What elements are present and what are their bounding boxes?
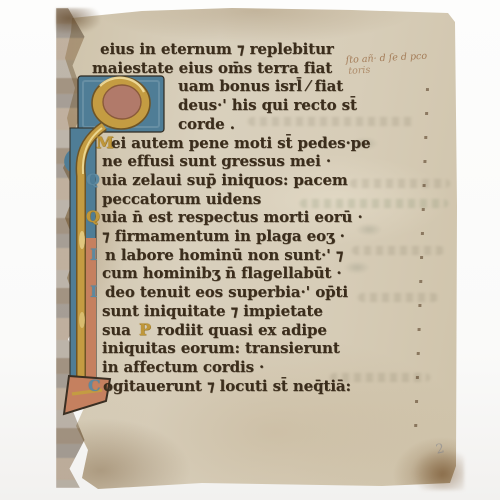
line-text: uia zelaui sup̄ iniquos: pacem [101,171,348,189]
text-line: ⁊ firmamentum in plaga eoʒ · [86,227,416,246]
text-line: In labore hominū non sunt·' ⁊ [86,246,416,265]
line-text: uam bonus isrl̄ ⁄ fiat [178,77,343,95]
line-text: cum hominibʒ n̄ flagellabūt · [102,264,342,282]
versal-initial: M [96,134,111,153]
text-block: eius in eternum ⁊ replebiturmaiestate ei… [86,40,416,395]
line-text: ei autem pene moti st̄ pedes·pe [111,134,370,152]
line-text: corde . [178,115,235,133]
line-text: eius in eternum ⁊ replebitur [100,40,334,58]
line-text: ogitauerunt ⁊ locuti st̄ neq̄tiā: [103,377,351,395]
versal-initial: Q [86,171,101,190]
text-line: cum hominibʒ n̄ flagellabūt · [86,264,416,283]
text-line: in affectum cordis · [86,358,416,377]
text-line: sunt iniquitate ⁊ impietate [86,302,416,321]
text-line: deus·' his qui recto st̄ [86,96,416,115]
text-line: uam bonus isrl̄ ⁄ fiat [86,77,416,96]
line-text: ne effusi sunt gressus mei · [102,152,331,170]
line-text: deo tenuit eos superbia·' op̄ti [105,283,348,301]
versal-initial: I [90,283,105,302]
line-text: iniquitas eorum: transierunt [102,339,340,357]
text-line: Quia zelaui sup̄ iniquos: pacem [86,171,416,190]
versal-initial: Q [86,208,101,227]
gold-glint [79,312,85,328]
manuscript-photo: eius in eternum ⁊ replebiturmaiestate ei… [0,0,500,500]
line-text: sunt iniquitate ⁊ impietate [102,302,323,320]
text-line: corde . [86,115,416,134]
text-line: Quia n̄ est respectus morti eorū · [86,208,416,227]
line-text: n labore hominū non sunt·' ⁊ [105,246,343,264]
versal-initial: I [90,246,105,265]
text-line: ne effusi sunt gressus mei · [86,152,416,171]
line-text: deus·' his qui recto st̄ [178,96,357,114]
text-line: sua Prodiit quasi ex adipe [86,321,416,340]
line-text: ⁊ firmamentum in plaga eoʒ · [102,227,345,245]
text-line: Cogitauerunt ⁊ locuti st̄ neq̄tiā: [86,377,416,396]
line-text: in affectum cordis · [102,358,264,376]
versal-initial: C [88,377,103,396]
line-text: sua [102,321,136,339]
gold-glint [79,231,85,249]
line-text: maiestate eius om̄s terra fiat [92,59,332,77]
text-line: Ideo tenuit eos superbia·' op̄ti [86,283,416,302]
text-line: iniquitas eorum: transierunt [86,339,416,358]
corner-stain [56,8,100,34]
text-line: Mei autem pene moti st̄ pedes·pe [86,134,416,153]
text-line: peccatorum uidens [86,190,416,209]
line-text: uia n̄ est respectus morti eorū · [101,208,363,226]
line-text: peccatorum uidens [102,190,261,208]
versal-initial: P [139,321,151,340]
line-text: rodiit quasi ex adipe [157,321,327,339]
